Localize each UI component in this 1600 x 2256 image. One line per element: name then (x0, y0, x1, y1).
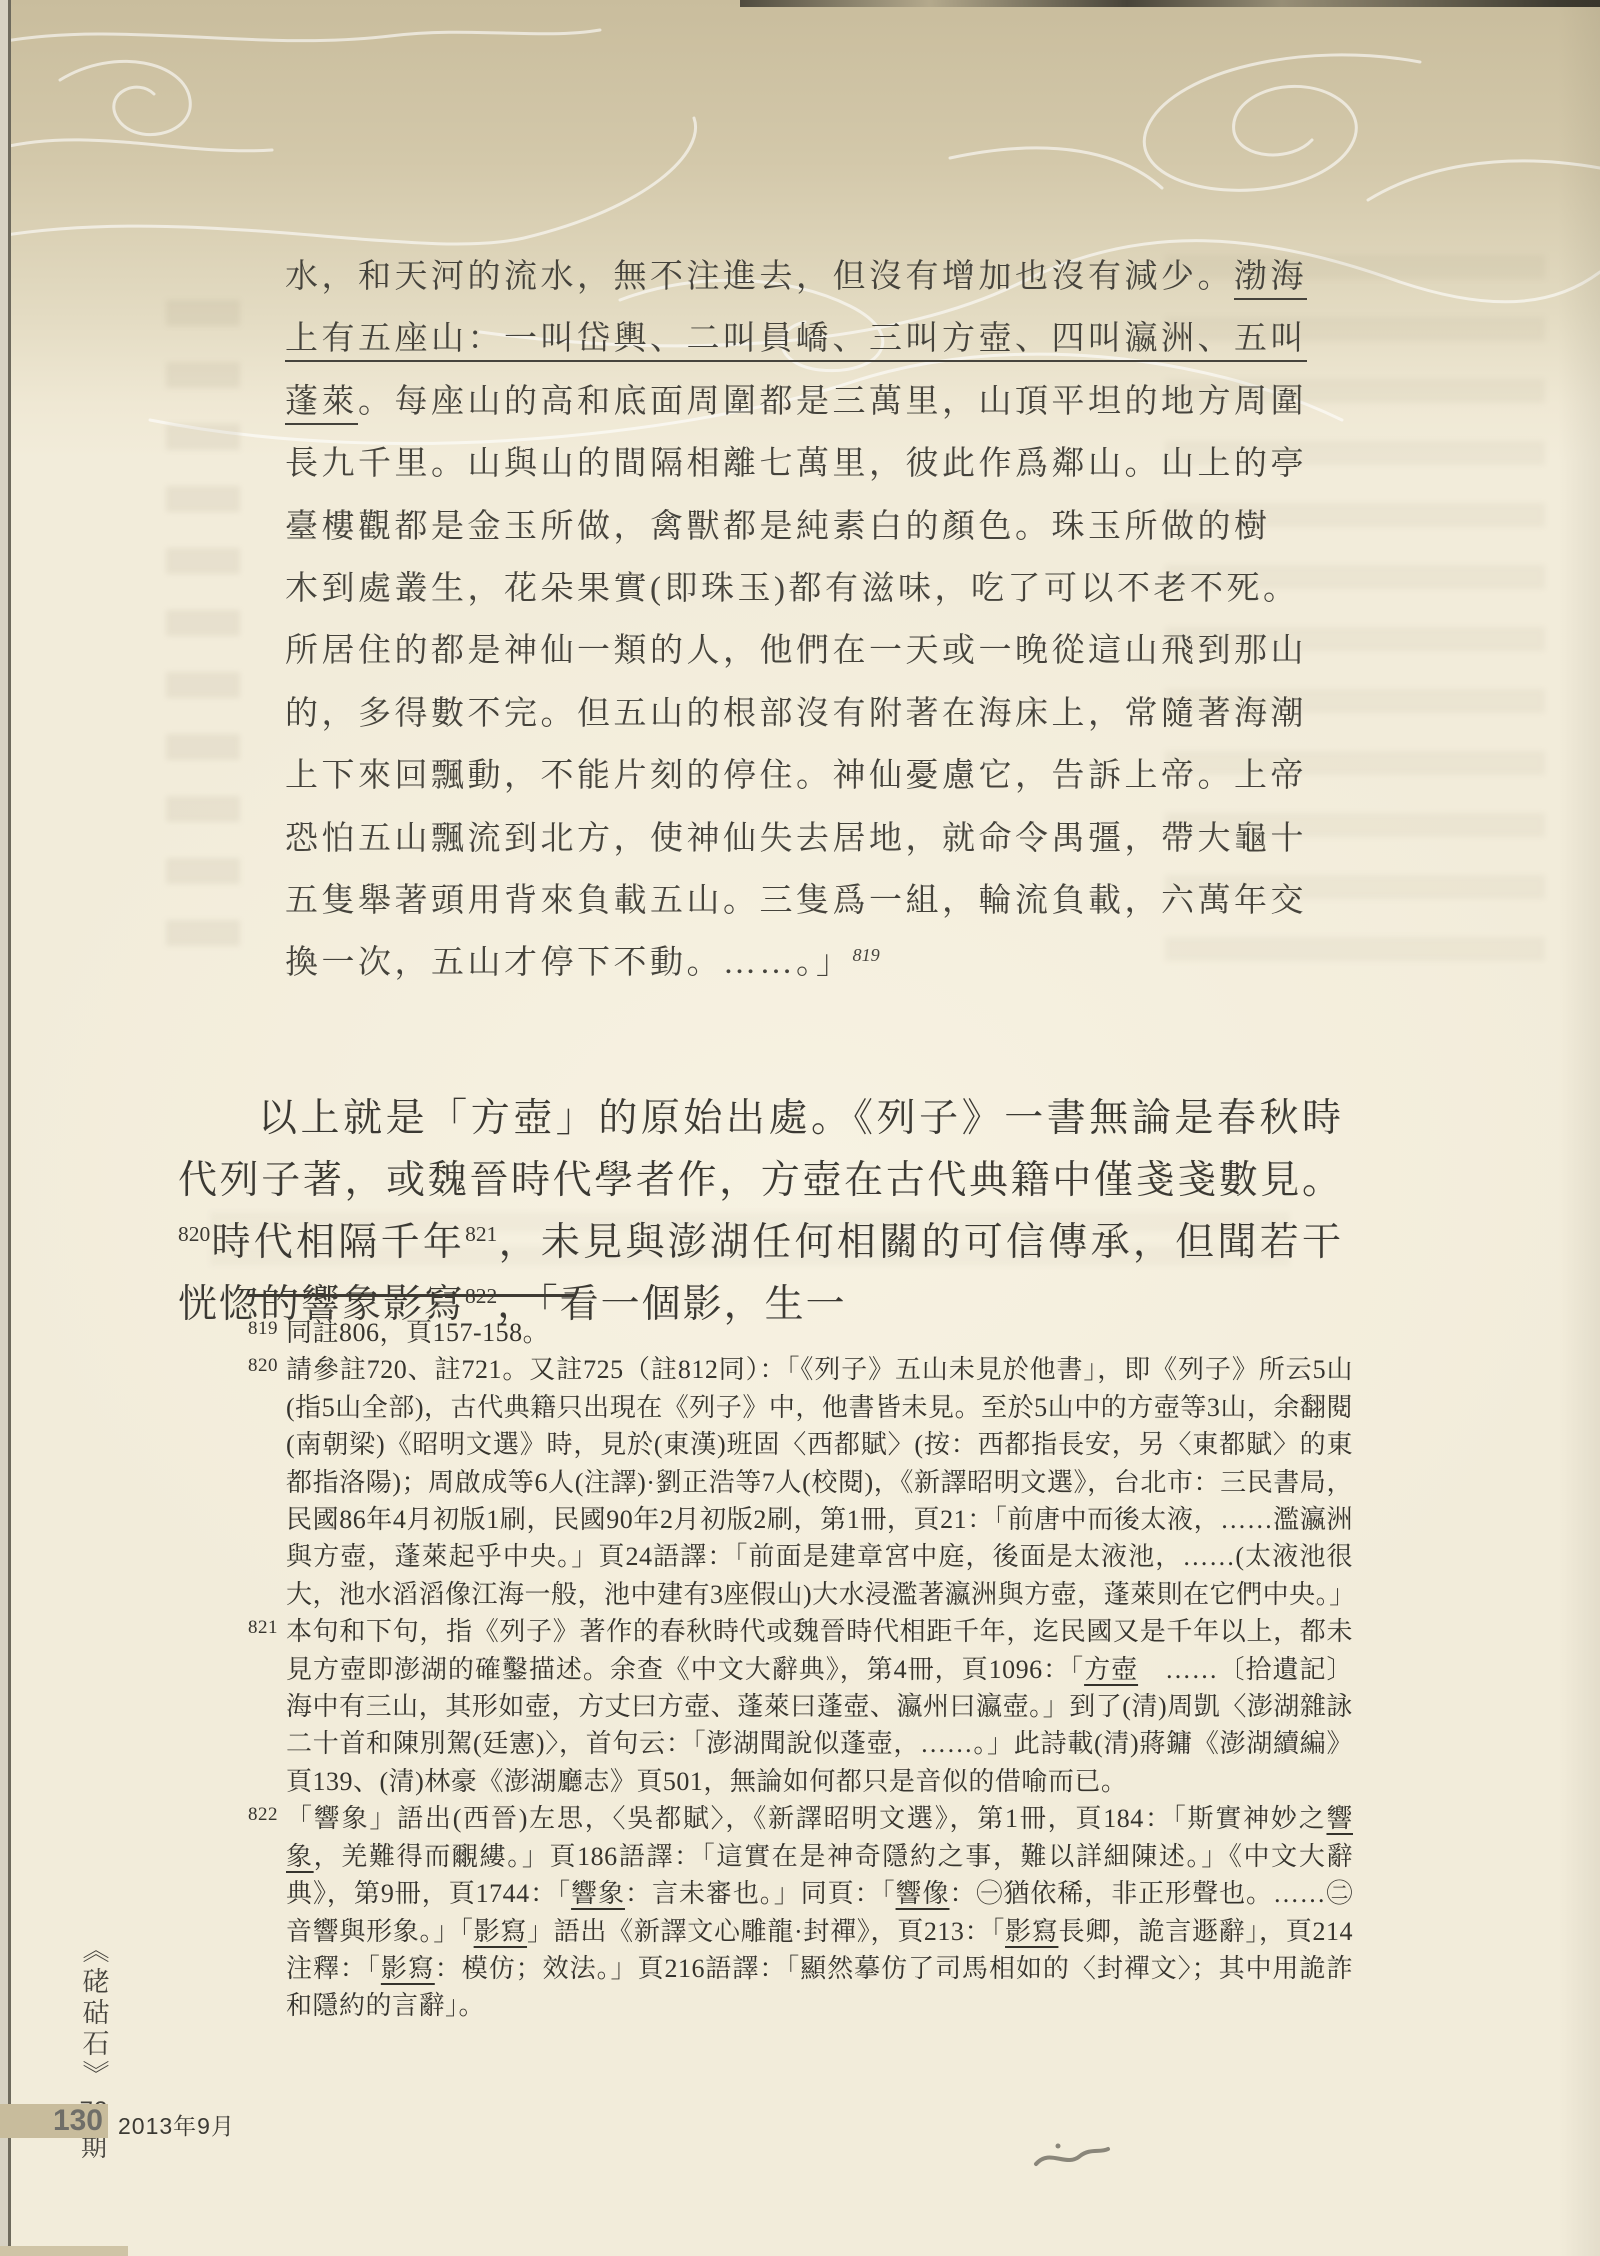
text-run: 。每座山的高和底面周圍都是三萬里，山頂平坦的地方周圍 (358, 384, 1307, 420)
quote-line: 木到處叢生，花朵果實(即珠玉)都有滋味，吃了可以不老不死。 (285, 558, 1320, 620)
text-run: 恐怕五山飄流到北方，使神仙失去居地，就命令禺彊，帶大龜十 (285, 821, 1307, 857)
underlined-term: 影寫 (1005, 1917, 1058, 1946)
scan-streak-top (740, 0, 1600, 7)
text-run: 水，和天河的流水，無不注進去，但沒有增加也沒有減少。 (285, 259, 1234, 295)
text-run: 」語出《新譯文心雕龍·封禪》，頁213：「 (527, 1917, 1005, 1946)
text-run: ：模仿；效法。」頁216語譯：「顯然摹仿了司馬相如的〈封禪文〉；其中用詭詐和隱約… (286, 1954, 1353, 2020)
footnote: 821本句和下句，指《列子》著作的春秋時代或魏晉時代相距千年，迄民國又是千年以上… (248, 1613, 1353, 1800)
underlined-term: 上有五座山：一叫岱輿、二叫員嶠、三叫方壺、四叫瀛洲、五叫 (285, 321, 1307, 357)
text-run: 換一次，五山才停下不動。……。」 (285, 945, 853, 981)
scan-strip-bottom (0, 2246, 128, 2256)
footnote-number: 821 (248, 1609, 278, 1646)
issue-date: 2013年9月 (118, 2108, 235, 2141)
quote-line: 上下來回飄動，不能片刻的停住。神仙憂慮它，告訴上帝。上帝 (285, 745, 1320, 807)
ink-smudge (1028, 2138, 1118, 2178)
text-run: ：言未審也。」同頁：「 (625, 1879, 896, 1908)
text-run: 所居住的都是神仙一類的人，他們在一天或一晚從這山飛到那山 (285, 633, 1307, 669)
footnote: 822「響象」語出(西晉)左思，〈吳都賦〉，《新譯昭明文選》，第1冊，頁184：… (248, 1800, 1353, 2024)
quote-line: 上有五座山：一叫岱輿、二叫員嶠、三叫方壺、四叫瀛洲、五叫 (285, 308, 1320, 370)
quote-line: 蓬萊。每座山的高和底面周圍都是三萬里，山頂平坦的地方周圍 (285, 371, 1320, 433)
page-number: 130 (53, 2104, 103, 2138)
footnote-text: 同註806，頁157-158。 (286, 1318, 549, 1347)
quote-line: 的，多得數不完。但五山的根部沒有附著在海床上，常隨著海潮 (285, 683, 1320, 745)
body-paragraph: 以上就是「方壺」的原始出處。《列子》一書無論是春秋時代列子著，或魏晉時代學者作，… (178, 1088, 1343, 1336)
quote-line: 長九千里。山與山的間隔相離七萬里，彼此作爲鄰山。山上的亭 (285, 433, 1320, 495)
quote-line: 五隻舉著頭用背來負載五山。三隻爲一組，輪流負載，六萬年交 (285, 870, 1320, 932)
text-run: 以上就是「方壺」的原始出處。《列子》一書無論是春秋時代列子著，或魏晉時代學者作，… (178, 1097, 1343, 1202)
footnote-ref: 821 (465, 1222, 497, 1246)
page-number-bar: 130 (0, 2104, 108, 2138)
scan-shade-right (1558, 0, 1600, 2256)
quote-block: 水，和天河的流水，無不注進去，但沒有增加也沒有減少。渤海上有五座山：一叫岱輿、二… (285, 246, 1320, 995)
text-run: 請參註720、註721。又註725（註812同）：「《列子》五山未見於他書」，即… (286, 1355, 1356, 1608)
underlined-term: 響象 (571, 1879, 625, 1908)
footnote-ref: 820 (178, 1222, 210, 1246)
text-run: 「響象」語出(西晉)左思，〈吳都賦〉，《新譯昭明文選》，第1冊，頁184：「斯實… (286, 1804, 1326, 1833)
text-run: 的，多得數不完。但五山的根部沒有附著在海床上，常隨著海潮 (285, 696, 1307, 732)
underlined-term: 影寫 (381, 1954, 435, 1983)
footnote: 819同註806，頁157-158。 (248, 1314, 1353, 1351)
underlined-term: 蓬萊 (285, 384, 358, 420)
footnote-text: 「響象」語出(西晉)左思，〈吳都賦〉，《新譯昭明文選》，第1冊，頁184：「斯實… (286, 1804, 1353, 2020)
quote-line: 臺樓觀都是金玉所做，禽獸都是純素白的顏色。珠玉所做的樹 (285, 496, 1320, 558)
quote-line: 恐怕五山飄流到北方，使神仙失去居地，就命令禺彊，帶大龜十 (285, 808, 1320, 870)
underlined-term: 方壺 (1084, 1655, 1138, 1684)
quote-line: 所居住的都是神仙一類的人，他們在一天或一晚從這山飛到那山 (285, 620, 1320, 682)
underlined-term: 渤海 (1234, 259, 1307, 295)
footnote-number: 822 (248, 1796, 278, 1833)
scan-edge-line (8, 0, 11, 2256)
text-run: 五隻舉著頭用背來負載五山。三隻爲一組，輪流負載，六萬年交 (285, 883, 1307, 919)
quote-line: 水，和天河的流水，無不注進去，但沒有增加也沒有減少。渤海 (285, 246, 1320, 308)
journal-title: 《硓𥑮石》 (75, 1936, 114, 2091)
text-run: 臺樓觀都是金玉所做，禽獸都是純素白的顏色。珠玉所做的樹 (285, 509, 1271, 545)
scan-edge-strip (0, 0, 8, 2256)
underlined-term: 影寫 (474, 1917, 527, 1946)
text-run: 同註806，頁157-158。 (286, 1318, 549, 1347)
footnote-number: 819 (248, 1310, 278, 1347)
text-run: 長九千里。山與山的間隔相離七萬里，彼此作爲鄰山。山上的亭 (285, 446, 1307, 482)
text-run: 時代相隔千年 (210, 1221, 465, 1264)
footnote-text: 本句和下句，指《列子》著作的春秋時代或魏晉時代相距千年，迄民國又是千年以上，都未… (286, 1617, 1353, 1796)
text-run: 木到處叢生，花朵果實(即珠玉)都有滋味，吃了可以不老不死。 (285, 571, 1299, 607)
quote-line: 換一次，五山才停下不動。……。」819 (285, 932, 1320, 994)
footnote: 820請參註720、註721。又註725（註812同）：「《列子》五山未見於他書… (248, 1351, 1353, 1613)
footnote-number: 820 (248, 1347, 278, 1384)
text-run: 上下來回飄動，不能片刻的停住。神仙憂慮它，告訴上帝。上帝 (285, 758, 1307, 794)
footnote-ref: 819 (853, 945, 880, 965)
underlined-term: 響像 (896, 1879, 950, 1908)
footnote-separator (248, 1294, 576, 1297)
scanned-journal-page: 水，和天河的流水，無不注進去，但沒有增加也沒有減少。渤海上有五座山：一叫岱輿、二… (0, 0, 1600, 2256)
footnote-text: 請參註720、註721。又註725（註812同）：「《列子》五山未見於他書」，即… (286, 1355, 1356, 1608)
footnotes: 819同註806，頁157-158。820請參註720、註721。又註725（註… (248, 1314, 1353, 2025)
